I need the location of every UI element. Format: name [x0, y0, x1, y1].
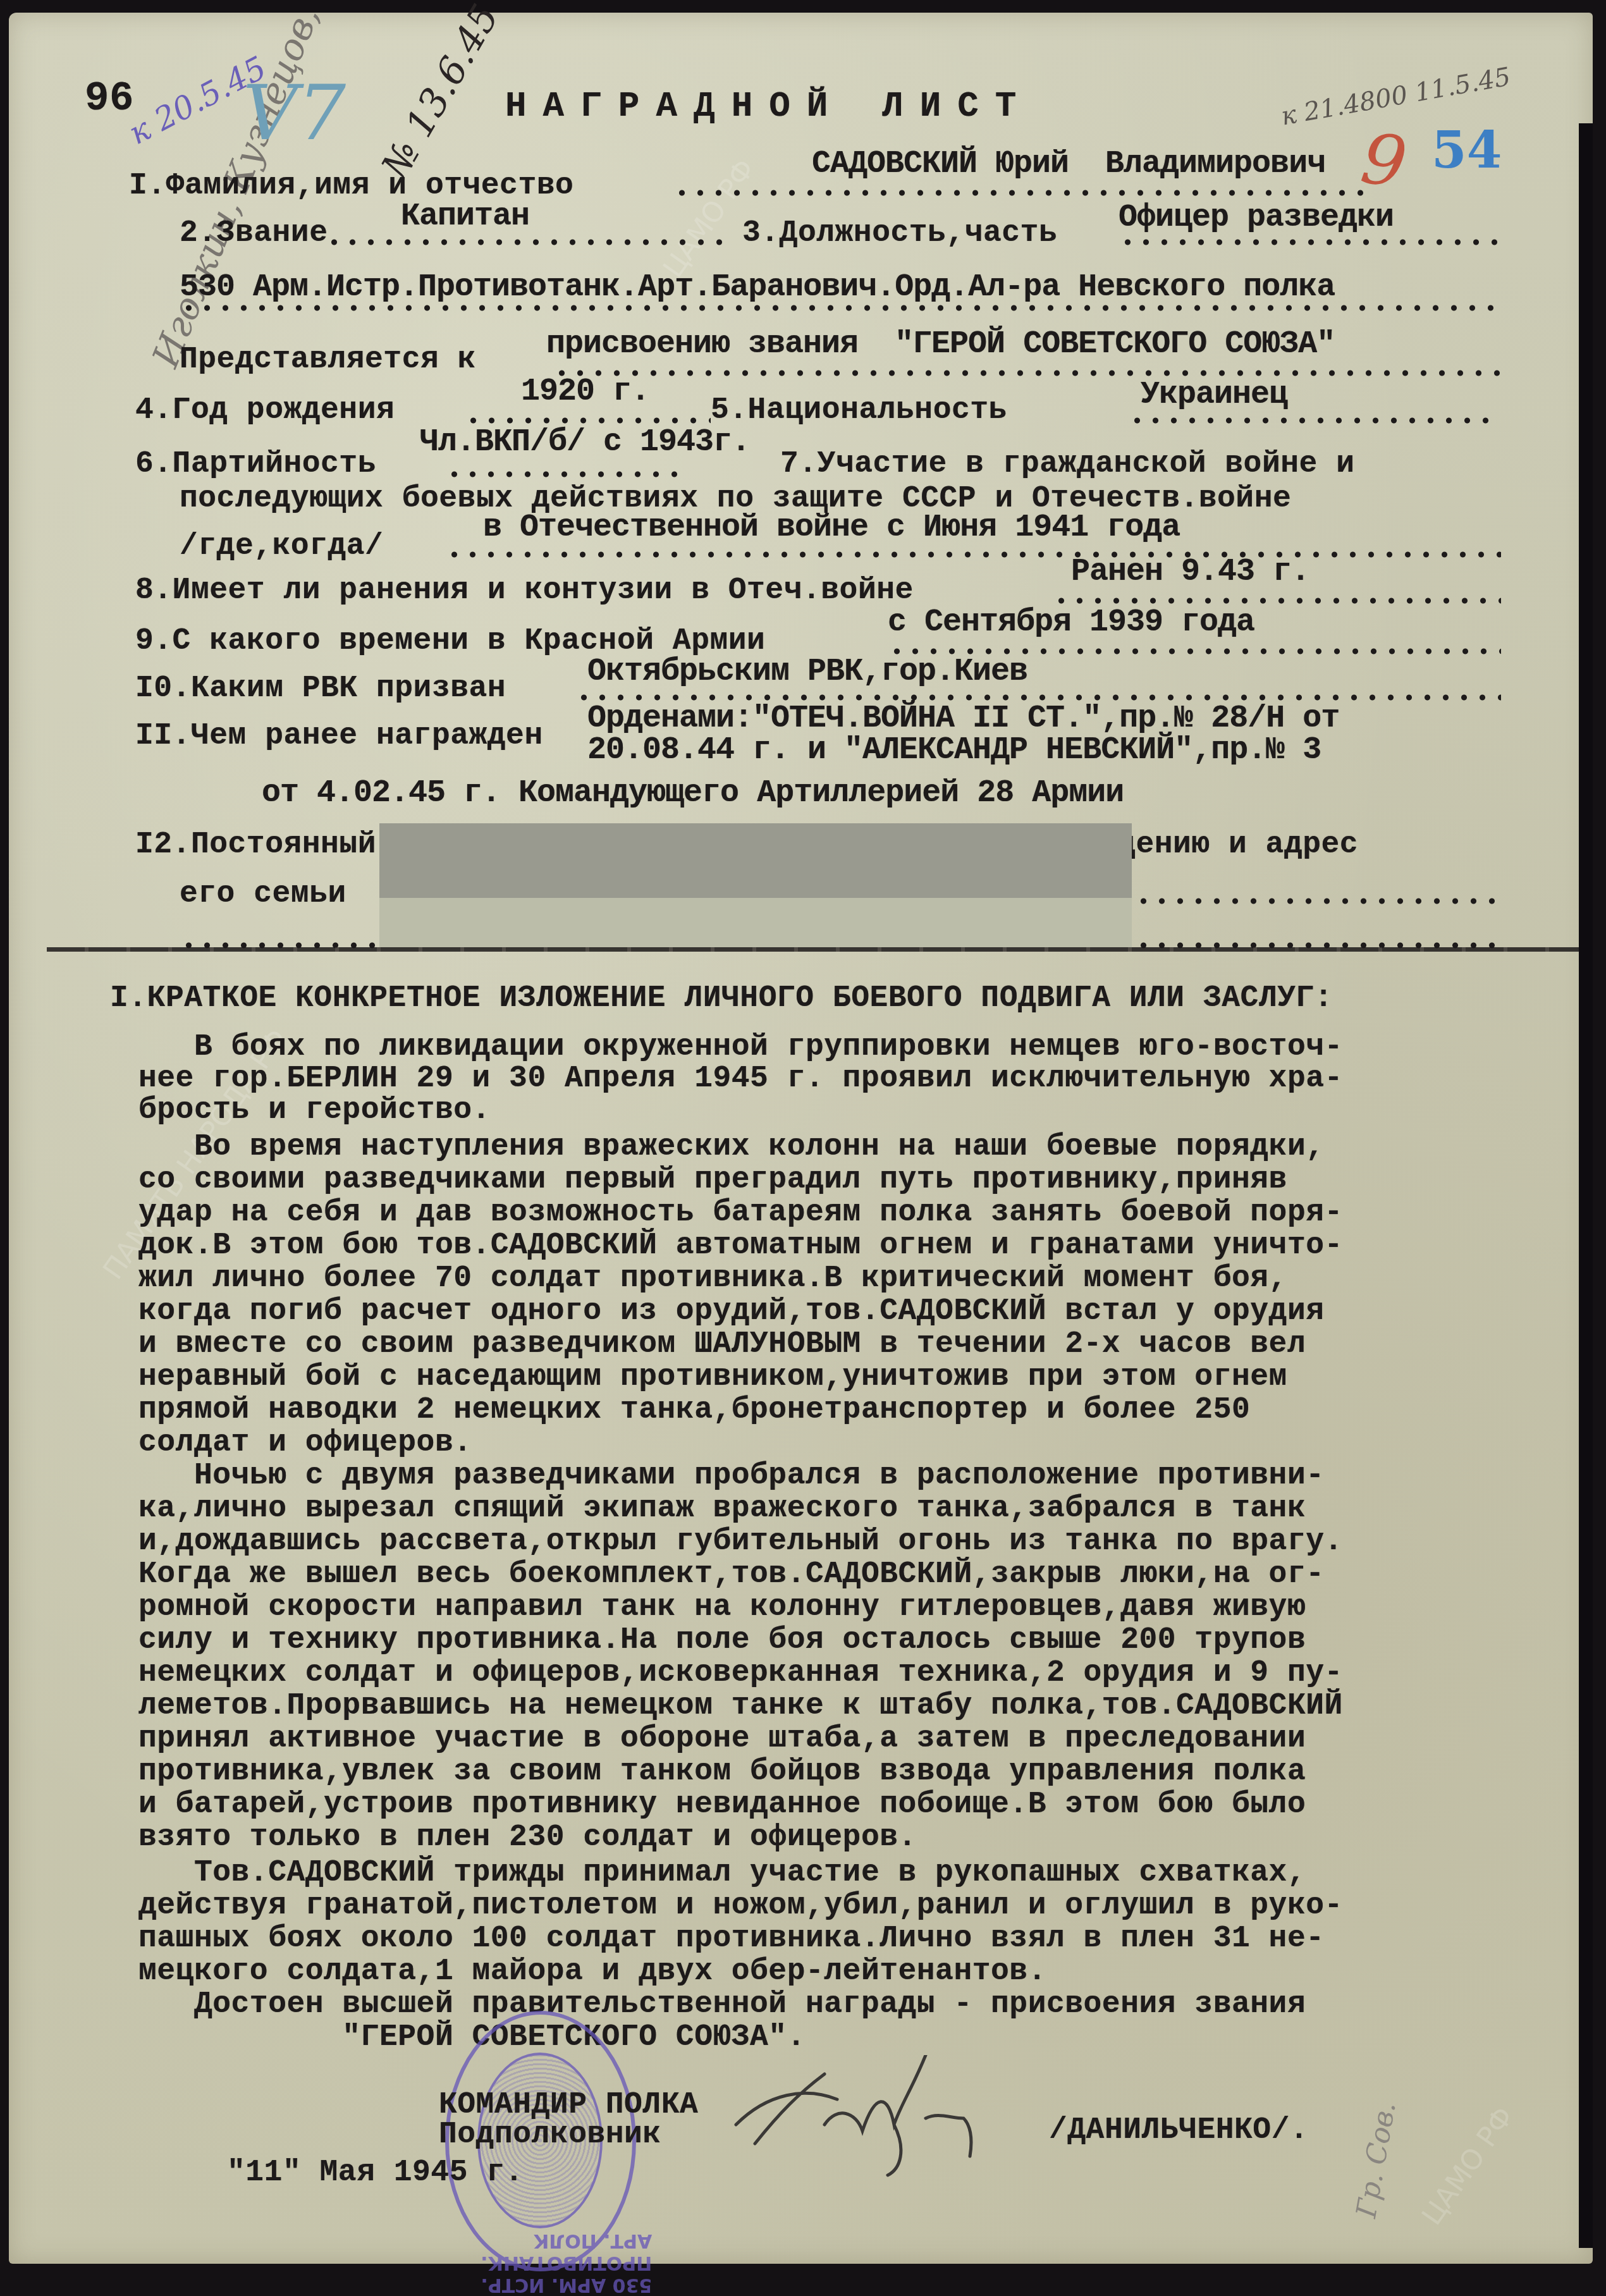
- narrative-line: пашных боях около 100 солдат противника.…: [138, 1924, 1325, 1954]
- narrative-line: нее гор.БЕРЛИН 29 и 30 Апреля 1945 г. пр…: [138, 1064, 1343, 1094]
- handwritten-signature: [730, 2055, 995, 2182]
- pencil-annotation-bottom-right: Гр. Сов.: [1350, 2099, 1402, 2220]
- dotted-leader: [180, 305, 1501, 311]
- field-1-value-full-name: САДОВСКИЙ Юрий Владимирович: [812, 149, 1325, 180]
- dotted-leader: [445, 551, 1501, 558]
- narrative-line: прямой наводки 2 немецких танка,бронетра…: [138, 1395, 1250, 1425]
- signature-date: "11" Мая 1945 г.: [227, 2158, 524, 2188]
- narrative-line: "ГЕРОЙ СОВЕТСКОГО СОЮЗА".: [138, 2022, 806, 2053]
- field-11-value-line3: от 4.02.45 г. Командующего Артиллерией 2…: [262, 778, 1124, 809]
- field-9-value-service-start: с Сентября 1939 года: [888, 607, 1254, 639]
- narrative-line: леметов.Прорвавшись на немецком танке к …: [138, 1691, 1343, 1721]
- narrative-line: жил лично более 70 солдат противника.В к…: [138, 1263, 1287, 1294]
- field-12-label-line2: его семьи: [180, 879, 346, 909]
- narrative-line: и батарей,устроив противнику невиданное …: [138, 1790, 1306, 1820]
- field-3-value-unit: 530 Арм.Истр.Противотанк.Арт.Баранович.О…: [180, 272, 1335, 304]
- narrative-line: и вместе со своим разведчиком ШАЛУНОВЫМ …: [138, 1329, 1306, 1360]
- dotted-leader: [325, 239, 730, 245]
- narrative-line: действуя гранатой,пистолетом и ножом,уби…: [138, 1891, 1343, 1921]
- narrative-line: Когда же вышел весь боекомплект,тов.САДО…: [138, 1559, 1325, 1590]
- dotted-leader: [575, 694, 1501, 701]
- field-8-value-wounds: Ранен 9.43 г.: [1071, 556, 1309, 588]
- dotted-leader: [1052, 598, 1501, 604]
- dotted-leader: [673, 190, 1375, 196]
- field-7-label: 7.Участие в гражданской войне и: [780, 449, 1354, 479]
- signer-rank: Подполковник: [439, 2120, 661, 2150]
- field-5-value-nationality: Украинец: [1141, 379, 1287, 411]
- field-5-label: 5.Национальность: [711, 395, 1007, 426]
- narrative-line: Тов.САДОВСКИЙ трижды принимал участие в …: [138, 1858, 1306, 1888]
- field-11-label: II.Чем ранее награжден: [135, 721, 543, 751]
- narrative-line: силу и технику противника.На поле боя ос…: [138, 1625, 1306, 1655]
- signer-position: КОМАНДИР ПОЛКА: [439, 2090, 698, 2120]
- narrative-line: противника,увлек за своим танком бойцов …: [138, 1757, 1306, 1787]
- section-divider: [47, 947, 1583, 952]
- dotted-leader: [1134, 898, 1501, 904]
- narrative-line: когда погиб расчет одного из орудий,тов.…: [138, 1296, 1325, 1327]
- field-4-value-birth-year: 1920 г.: [521, 376, 649, 408]
- field-9-label: 9.С какого времени в Красной Армии: [135, 626, 765, 656]
- narrative-line: немецких солдат и офицеров,исковерканная…: [138, 1658, 1343, 1688]
- narrative-line: взято только в плен 230 солдат и офицеро…: [138, 1822, 917, 1853]
- signer-name: /ДАНИЛЬЧЕНКО/.: [1049, 2115, 1308, 2146]
- narrative-line: Достоен высшей правительственной награды…: [138, 1989, 1306, 2020]
- field-10-label: I0.Каким РВК призван: [135, 673, 506, 704]
- field-11-value-line1: Орденами:"ОТЕЧ.ВОЙНА II СТ.",пр.№ 28/Н о…: [587, 703, 1339, 735]
- nomination-value: присвоению звания "ГЕРОЙ СОВЕТСКОГО СОЮЗ…: [546, 329, 1335, 360]
- redacted-address-block: [379, 823, 1132, 898]
- narrative-line: принял активное участие в обороне штаба,…: [138, 1724, 1306, 1754]
- dotted-leader: [553, 370, 1501, 376]
- dotted-leader: [464, 417, 711, 424]
- field-2-label: 2.Звание: [180, 218, 328, 249]
- narrative-line: брость и геройство.: [138, 1095, 491, 1126]
- field-11-value-line2: 20.08.44 г. и "АЛЕКСАНДР НЕВСКИЙ",пр.№ 3: [587, 735, 1321, 766]
- field-2-value-rank: Капитан: [401, 201, 529, 233]
- narrative-line: со своими разведчиками первый преградил …: [138, 1165, 1287, 1195]
- narrative-line: Ночью с двумя разведчиками пробрался в р…: [138, 1461, 1325, 1491]
- document-title: НАГРАДНОЙ ЛИСТ: [505, 89, 1033, 124]
- narrative-line: ромной скорости направил танк на колонну…: [138, 1592, 1306, 1623]
- field-7-value-war-participation: в Отечественной войне с Июня 1941 года: [483, 512, 1180, 544]
- narrative-line: неравный бой с наседающим противником,ун…: [138, 1362, 1287, 1392]
- dotted-leader: [1119, 239, 1504, 245]
- field-4-label: 4.Год рождения: [135, 395, 395, 426]
- nomination-label: Представляется к: [180, 345, 476, 375]
- field-6-label: 6.Партийность: [135, 449, 376, 479]
- section-1-heading: I.КРАТКОЕ КОНКРЕТНОЕ ИЗЛОЖЕНИЕ ЛИЧНОГО Б…: [110, 983, 1333, 1014]
- award-sheet-page: ПАМЯТЬ НАРОДА.РФ ЦАМО РФ ЦАМО РФ Иголкин…: [9, 13, 1593, 2264]
- narrative-line: солдат и офицеров.: [138, 1428, 472, 1458]
- redacted-address-block: [379, 898, 1132, 948]
- narrative-line: ка,лично вырезал спящий экипаж вражеског…: [138, 1494, 1306, 1524]
- field-7-label-line3: /где,когда/: [180, 531, 383, 562]
- narrative-line: и,дождавшись рассвета,открыл губительный…: [138, 1526, 1343, 1557]
- blue-number: 54: [1431, 120, 1502, 180]
- narrative-line: Во время наступления вражеских колонн на…: [138, 1132, 1325, 1162]
- dotted-leader: [445, 471, 685, 477]
- field-3-label: 3.Должность,часть: [742, 218, 1057, 249]
- archive-number: 96: [85, 79, 134, 120]
- field-8-label: 8.Имеет ли ранения и контузии в Отеч.вой…: [135, 575, 914, 606]
- field-1-label: I.Фамилия,имя и отчество: [129, 171, 573, 201]
- narrative-line: В боях по ликвидации окруженной группиро…: [138, 1032, 1343, 1062]
- field-6-value-party: Чл.ВКП/б/ с 1943г.: [420, 427, 750, 458]
- narrative-line: удар на себя и дав возможность батареям …: [138, 1198, 1343, 1228]
- scan-edge: [1579, 123, 1593, 2248]
- narrative-line: мецкого солдата,1 майора и двух обер-лей…: [138, 1956, 1046, 1987]
- handwritten-date-top: № 13.6.45: [373, 0, 508, 187]
- watermark: ЦАМО РФ: [1416, 2101, 1520, 2232]
- blue-check-mark: V7: [243, 70, 346, 157]
- field-3-value-position: Офицер разведки: [1119, 202, 1394, 234]
- stamp-text: 530 АРМ. ИСТР. ПРОТИВОТАНК. АРТ. ПОЛК: [481, 2230, 652, 2276]
- field-10-value-draft-office: Октябрьским РВК,гор.Киев: [587, 656, 1027, 688]
- narrative-line: док.В этом бою тов.САДОВСКИЙ автоматным …: [138, 1231, 1343, 1261]
- dotted-leader: [1128, 417, 1501, 424]
